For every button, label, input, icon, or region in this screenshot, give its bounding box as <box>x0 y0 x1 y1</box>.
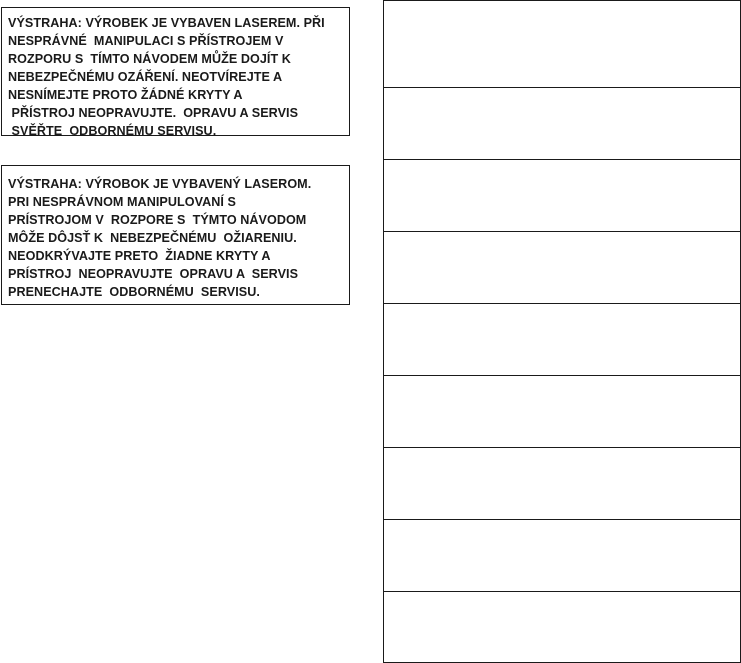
label-slot <box>384 448 740 520</box>
label-slot <box>384 520 740 592</box>
warning-line: NESPRÁVNÉ MANIPULACI S PŘÍSTROJEM V <box>8 32 349 50</box>
label-slot <box>384 160 740 232</box>
label-slot <box>384 376 740 448</box>
czech-laser-warning: VÝSTRAHA: VÝROBEK JE VYBAVEN LASEREM. PŘ… <box>1 7 350 136</box>
warning-line: ROZPORU S TÍMTO NÁVODEM MŮŽE DOJÍT K <box>8 50 349 68</box>
warning-line: SVĚŘTE ODBORNÉMU SERVISU. <box>8 122 349 140</box>
warning-line: PRENECHAJTE ODBORNÉMU SERVISU. <box>8 283 349 301</box>
warning-line: MÔŽE DÔJSŤ K NEBEZPEČNÉMU OŽIARENIU. <box>8 229 349 247</box>
warning-line: NEBEZPEČNÉMU OZÁŘENÍ. NEOTVÍREJTE A <box>8 68 349 86</box>
warning-line: PRI NESPRÁVNOM MANIPULOVANÍ S <box>8 193 349 211</box>
label-slot <box>384 0 740 88</box>
warning-line: NEODKRÝVAJTE PRETO ŽIADNE KRYTY A <box>8 247 349 265</box>
label-slot-column <box>383 0 741 663</box>
warning-line: PŘÍSTROJ NEOPRAVUJTE. OPRAVU A SERVIS <box>8 104 349 122</box>
warning-line: VÝSTRAHA: VÝROBOK JE VYBAVENÝ LASEROM. <box>8 175 349 193</box>
label-slot <box>384 232 740 304</box>
label-slot <box>384 88 740 160</box>
label-slot <box>384 592 740 663</box>
warning-line: VÝSTRAHA: VÝROBEK JE VYBAVEN LASEREM. PŘ… <box>8 14 349 32</box>
warning-line: PRÍSTROJOM V ROZPORE S TÝMTO NÁVODOM <box>8 211 349 229</box>
warning-line: NESNÍMEJTE PROTO ŽÁDNÉ KRYTY A <box>8 86 349 104</box>
label-slot <box>384 304 740 376</box>
warning-line: PRÍSTROJ NEOPRAVUJTE OPRAVU A SERVIS <box>8 265 349 283</box>
slovak-laser-warning: VÝSTRAHA: VÝROBOK JE VYBAVENÝ LASEROM. P… <box>1 165 350 305</box>
